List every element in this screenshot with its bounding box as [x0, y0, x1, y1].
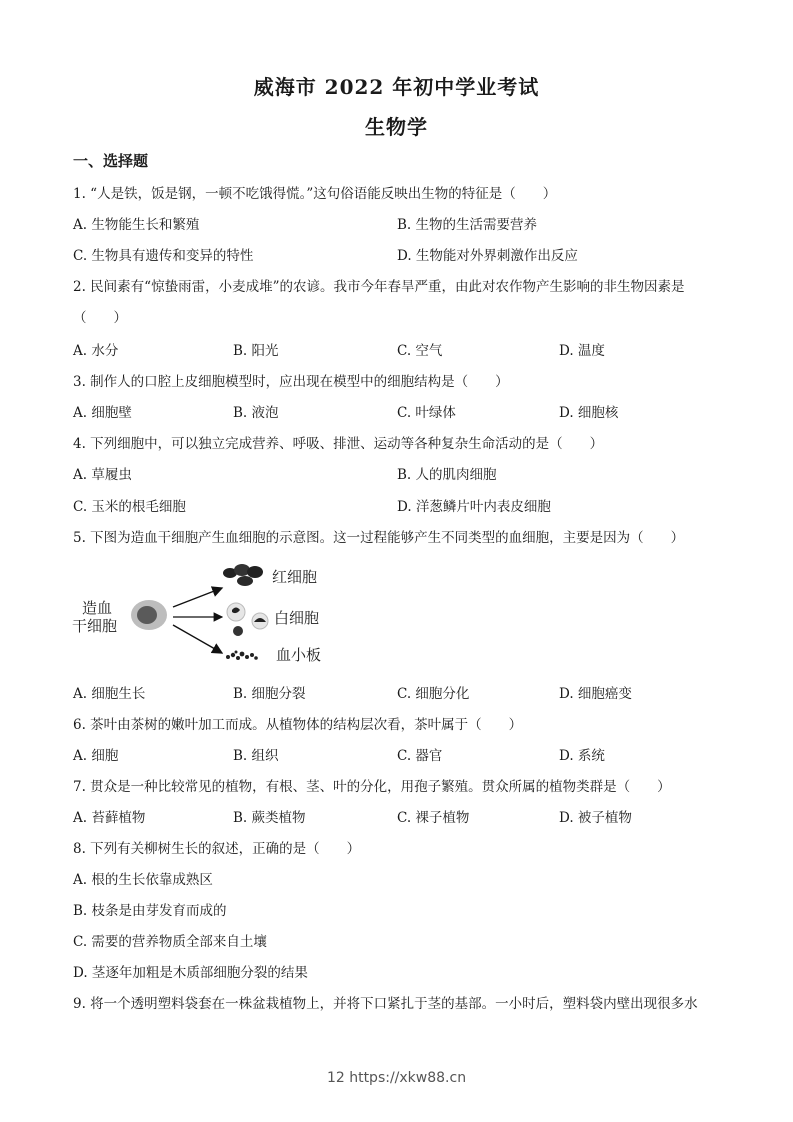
question-5-option-a: A. 细胞生长: [73, 682, 145, 702]
question-5-option-c: C. 细胞分化: [397, 682, 469, 702]
question-8-option-c: C. 需要的营养物质全部来自土壤: [73, 930, 267, 950]
question-7-option-c: C. 裸子植物: [397, 806, 469, 826]
question-2-stem-cont: （ ）: [73, 306, 127, 326]
question-4-option-b: B. 人的肌肉细胞: [397, 463, 497, 483]
question-8-option-a: A. 根的生长依靠成熟区: [73, 868, 213, 888]
question-4-option-c: C. 玉米的根毛细胞: [73, 495, 186, 515]
question-6-option-c: C. 器官: [397, 744, 442, 764]
blood-cell-diagram: 造血 干细胞 红细胞 白细胞 血小板: [70, 555, 350, 670]
white-blood-cell-label: 白细胞: [274, 607, 319, 628]
question-2-option-a: A. 水分: [73, 339, 118, 359]
subject-title: 生物学: [0, 111, 793, 140]
question-7-option-d: D. 被子植物: [559, 806, 632, 826]
question-6-stem: 6. 茶叶由茶树的嫩叶加工而成。从植物体的结构层次看，茶叶属于（ ）: [73, 713, 522, 733]
question-2-stem: 2. 民间素有“惊蛰雨雷，小麦成堆”的农谚。我市今年春旱严重，由此对农作物产生影…: [73, 275, 684, 295]
question-6-option-b: B. 组织: [233, 744, 279, 764]
question-3-option-d: D. 细胞核: [559, 401, 618, 421]
red-blood-cell-label: 红细胞: [272, 566, 317, 587]
question-1-option-c: C. 生物具有遗传和变异的特性: [73, 244, 253, 264]
question-3-stem: 3. 制作人的口腔上皮细胞模型时，应出现在模型中的细胞结构是（ ）: [73, 370, 509, 390]
question-7-stem: 7. 贯众是一种比较常见的植物，有根、茎、叶的分化，用孢子繁殖。贯众所属的植物类…: [73, 775, 671, 795]
question-5-stem: 5. 下图为造血干细胞产生血细胞的示意图。这一过程能够产生不同类型的血细胞，主要…: [73, 526, 684, 546]
question-5-option-b: B. 细胞分裂: [233, 682, 306, 702]
question-8-stem: 8. 下列有关柳树生长的叙述，正确的是（ ）: [73, 837, 360, 857]
question-3-option-c: C. 叶绿体: [397, 401, 456, 421]
stem-cell-label-line2: 干细胞: [72, 615, 117, 636]
question-8-option-b: B. 枝条是由芽发育而成的: [73, 899, 227, 919]
question-5-option-d: D. 细胞癌变: [559, 682, 632, 702]
question-1-option-a: A. 生物能生长和繁殖: [73, 213, 199, 233]
question-3-option-b: B. 液泡: [233, 401, 279, 421]
question-8-option-d: D. 茎逐年加粗是木质部细胞分裂的结果: [73, 961, 308, 981]
question-2-option-b: B. 阳光: [233, 339, 279, 359]
question-1-stem: 1. “人是铁，饭是钢，一顿不吃饿得慌。”这句俗语能反映出生物的特征是（ ）: [73, 182, 556, 202]
page-footer: 12 https://xkw88.cn: [0, 1070, 793, 1086]
platelet-label: 血小板: [276, 644, 321, 665]
question-1-option-b: B. 生物的生活需要营养: [397, 213, 537, 233]
question-7-option-a: A. 苔藓植物: [73, 806, 145, 826]
question-1-option-d: D. 生物能对外界刺激作出反应: [397, 244, 578, 264]
question-7-option-b: B. 蕨类植物: [233, 806, 306, 826]
question-2-option-c: C. 空气: [397, 339, 442, 359]
section-heading: 一、选择题: [73, 150, 148, 171]
question-4-option-d: D. 洋葱鳞片叶内表皮细胞: [397, 495, 551, 515]
question-3-option-a: A. 细胞壁: [73, 401, 132, 421]
question-6-option-d: D. 系统: [559, 744, 605, 764]
question-4-stem: 4. 下列细胞中，可以独立完成营养、呼吸、排泄、运动等各种复杂生命活动的是（ ）: [73, 432, 603, 452]
question-9-stem: 9. 将一个透明塑料袋套在一株盆栽植物上，并将下口紧扎于茎的基部。一小时后，塑料…: [73, 992, 698, 1012]
exam-title: 威海市 2022 年初中学业考试: [0, 71, 793, 100]
question-2-option-d: D. 温度: [559, 339, 605, 359]
question-4-option-a: A. 草履虫: [73, 463, 132, 483]
question-6-option-a: A. 细胞: [73, 744, 118, 764]
